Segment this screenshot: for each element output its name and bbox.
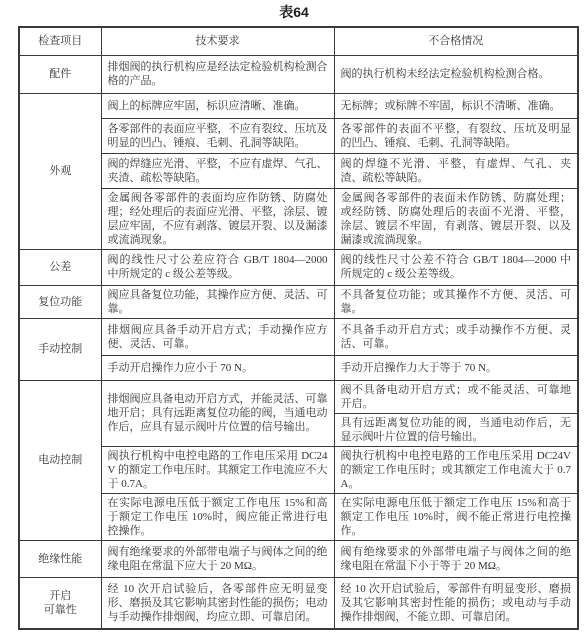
- table-title: 表64: [0, 0, 588, 26]
- table-row: 手动控制 排烟阀应具备手动开启方式；手动操作应方便、灵活、可靠。 不具备手动开启…: [19, 318, 578, 355]
- inspection-table: 检查项目 技术要求 不合格情况 配件 排烟阀的执行机构应是经法定检验机构检测合格…: [18, 26, 579, 630]
- nonconformity-cell: 阀不具备电动开启方式；或不能灵活、可靠地开启。: [334, 380, 578, 413]
- nonconformity-cell: 不具备手动开启方式；或手动操作不方便、灵活、可靠。: [334, 318, 578, 355]
- inspection-item-cell: 配件: [19, 55, 101, 93]
- requirement-cell: 手动开启操作力应小于 70 N。: [101, 355, 334, 380]
- requirement-cell: 各零部件的表面应平整，不应有裂纹、压坑及明显的凹凸、锤痕、毛刺、孔洞等缺陷。: [101, 118, 334, 153]
- nonconformity-cell: 具有远距离复位功能的阀，当通电动作后，无显示阀叶片位置的信号输出。: [334, 413, 578, 446]
- nonconformity-cell: 各零部件的表面不平整，有裂纹、压坑及明显的凹凸、锤痕、毛刺、孔洞等缺陷。: [334, 118, 578, 153]
- table-row: 配件 排烟阀的执行机构应是经法定检验机构检测合格的产品。 阀的执行机构未经法定检…: [19, 55, 578, 93]
- table-row: 公差 阀的线性尺寸公差应符合 GB/T 1804—2000 中所规定的 c 级公…: [19, 249, 578, 285]
- column-header-technical-requirement: 技术要求: [101, 27, 334, 55]
- inspection-item-cell: 开启 可靠性: [19, 577, 101, 629]
- column-header-inspection-item: 检查项目: [19, 27, 101, 55]
- table-row: 在实际电源电压低于额定工作电压 15%和高于额定工作电压 10%时，阀应能正常进…: [19, 493, 578, 540]
- requirement-cell: 阀执行机构中电控电路的工作电压采用 DC24V 的额定工作电压时。其额定工作电流…: [101, 446, 334, 493]
- requirement-cell: 在实际电源电压低于额定工作电压 15%和高于额定工作电压 10%时，阀应能正常进…: [101, 493, 334, 540]
- nonconformity-cell: 阀执行机构中电控电路的工作电压采用 DC24V 的额定工作电压时；或其额定工作电…: [334, 446, 578, 493]
- table-row: 复位功能 阀应具备复位功能，其操作应方便、灵活、可靠。 不具备复位功能；或其操作…: [19, 285, 578, 318]
- table-row: 电动控制 排烟阀应具备电动开启方式，并能灵活、可靠地开启；具有远距离复位功能的阀…: [19, 380, 578, 413]
- nonconformity-cell: 无标牌；或标牌不牢固，标识不清晰、准确。: [334, 93, 578, 118]
- table-row: 阀执行机构中电控电路的工作电压采用 DC24V 的额定工作电压时。其额定工作电流…: [19, 446, 578, 493]
- requirement-cell: 阀上的标牌应牢固，标识应清晰、准确。: [101, 93, 334, 118]
- requirement-cell: 排烟阀应具备电动开启方式，并能灵活、可靠地开启；具有远距离复位功能的阀，当通电动…: [101, 380, 334, 446]
- table-row: 金属阀各零部件的表面均应作防锈、防腐处理；经处理后的表面应光滑、平整，涂层、镀层…: [19, 188, 578, 249]
- table-row: 阀的焊缝应光滑、平整，不应有虚焊、气孔、夹渣、疏松等缺陷。 阀的焊缝不光滑、平整…: [19, 153, 578, 188]
- nonconformity-cell: 阀的执行机构未经法定检验机构检测合格。: [334, 55, 578, 93]
- table-row: 开启 可靠性 经 10 次开启试验后，各零部件应无明显变形、磨损及其它影响其密封…: [19, 577, 578, 629]
- requirement-cell: 阀的线性尺寸公差应符合 GB/T 1804—2000 中所规定的 c 级公差等级…: [101, 249, 334, 285]
- table-row: 各零部件的表面应平整，不应有裂纹、压坑及明显的凹凸、锤痕、毛刺、孔洞等缺陷。 各…: [19, 118, 578, 153]
- document-page: 表64 检查项目 技术要求 不合格情况 配件 排烟阀的执行机构应是经法定检验机构…: [0, 0, 588, 639]
- requirement-cell: 经 10 次开启试验后，各零部件应无明显变形、磨损及其它影响其密封性能的损伤；电…: [101, 577, 334, 629]
- table-row: 外观 阀上的标牌应牢固，标识应清晰、准确。 无标牌；或标牌不牢固，标识不清晰、准…: [19, 93, 578, 118]
- nonconformity-cell: 阀的线性尺寸公差不符合 GB/T 1804—2000 中所规定的 c 级公差等级…: [334, 249, 578, 285]
- table-row: 绝缘性能 阀有绝缘要求的外部带电端子与阀体之间的绝缘电阻在常温下应大于 20 M…: [19, 540, 578, 577]
- requirement-cell: 阀的焊缝应光滑、平整，不应有虚焊、气孔、夹渣、疏松等缺陷。: [101, 153, 334, 188]
- nonconformity-cell: 不具备复位功能；或其操作不方便、灵活、可靠。: [334, 285, 578, 318]
- requirement-cell: 金属阀各零部件的表面均应作防锈、防腐处理；经处理后的表面应光滑、平整，涂层、镀层…: [101, 188, 334, 249]
- inspection-item-cell: 公差: [19, 249, 101, 285]
- requirement-cell: 阀应具备复位功能，其操作应方便、灵活、可靠。: [101, 285, 334, 318]
- nonconformity-cell: 在实际电源电压低于额定工作电压 15%和高于额定工作电压 10%时，阀不能正常进…: [334, 493, 578, 540]
- requirement-cell: 排烟阀应具备手动开启方式；手动操作应方便、灵活、可靠。: [101, 318, 334, 355]
- nonconformity-cell: 金属阀各零部件的表面未作防锈、防腐处理；或经防锈、防腐处理后的表面不光滑、平整，…: [334, 188, 578, 249]
- nonconformity-cell: 阀的焊缝不光滑、平整，有虚焊、气孔、夹渣、疏松等缺陷。: [334, 153, 578, 188]
- requirement-cell: 排烟阀的执行机构应是经法定检验机构检测合格的产品。: [101, 55, 334, 93]
- header-row: 检查项目 技术要求 不合格情况: [19, 27, 578, 55]
- nonconformity-cell: 阀有绝缘要求的外部带电端子与阀体之间的绝缘电阻在常温下小于等于 20 MΩ。: [334, 540, 578, 577]
- inspection-item-cell: 电动控制: [19, 380, 101, 540]
- nonconformity-cell: 经 10 次开启试验后，零部件有明显变形、磨损及其它影响其密封性能的损伤；或电动…: [334, 577, 578, 629]
- requirement-cell: 阀有绝缘要求的外部带电端子与阀体之间的绝缘电阻在常温下应大于 20 MΩ。: [101, 540, 334, 577]
- inspection-item-cell: 复位功能: [19, 285, 101, 318]
- column-header-nonconformity: 不合格情况: [334, 27, 578, 55]
- table-row: 手动开启操作力应小于 70 N。 手动开启操作力大于等于 70 N。: [19, 355, 578, 380]
- nonconformity-cell: 手动开启操作力大于等于 70 N。: [334, 355, 578, 380]
- inspection-item-cell: 绝缘性能: [19, 540, 101, 577]
- inspection-item-cell: 外观: [19, 93, 101, 249]
- inspection-item-cell: 手动控制: [19, 318, 101, 380]
